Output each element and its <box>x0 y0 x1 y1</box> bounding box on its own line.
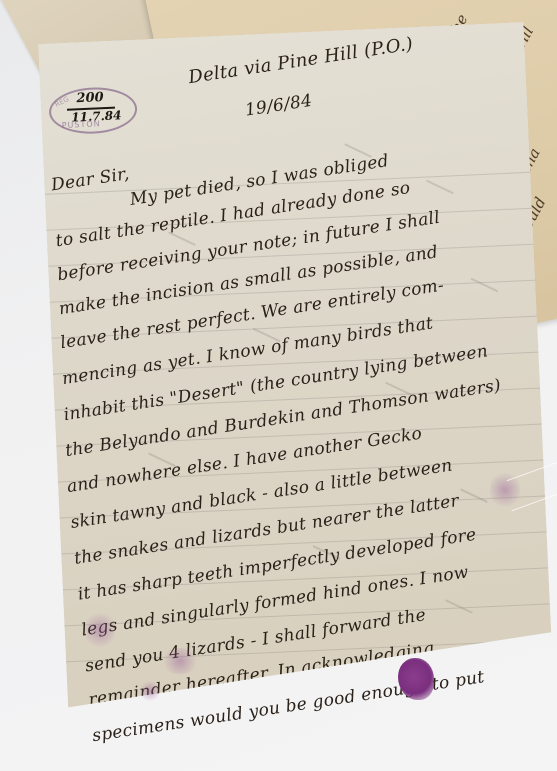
ink-smudge <box>140 680 160 702</box>
ink-blot <box>398 658 434 700</box>
ink-smudge <box>85 610 115 650</box>
main-letter-lower: specimens would you be good enough to pu… <box>38 22 554 707</box>
ink-smudge <box>160 648 200 674</box>
photo-scene: the if you will think they will glad to … <box>0 0 557 771</box>
